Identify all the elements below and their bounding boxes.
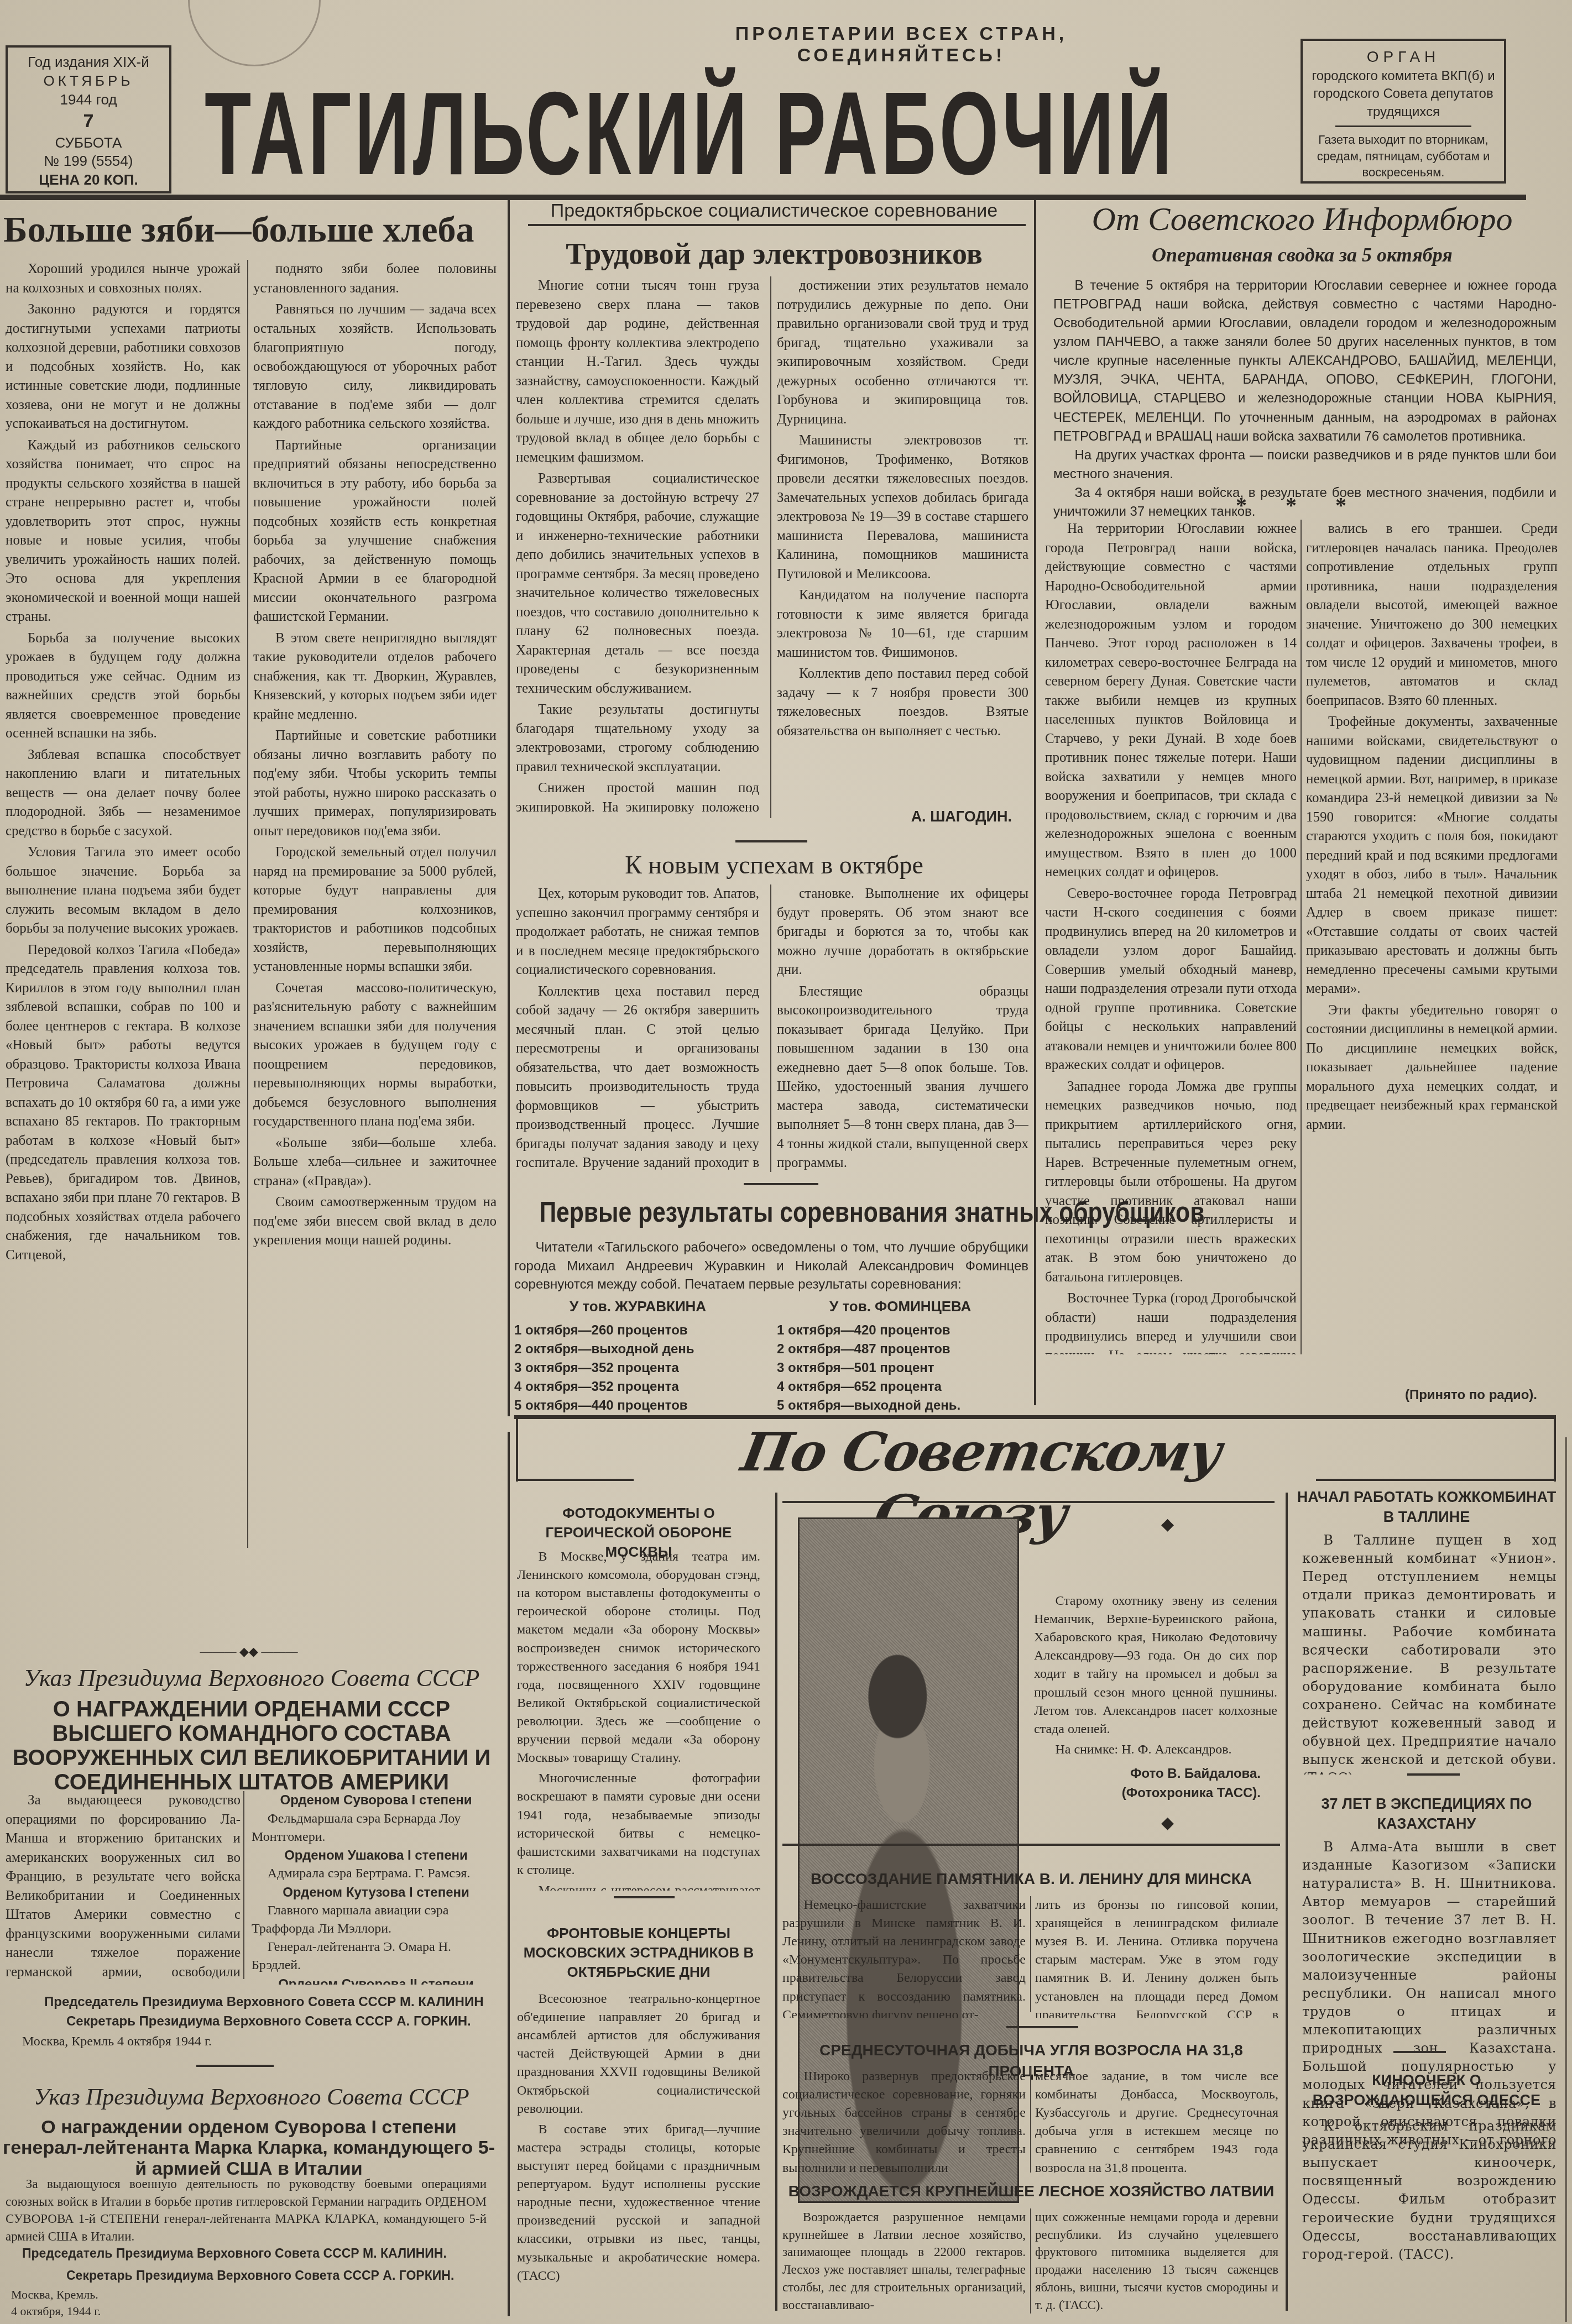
diamond-ornament: ◆ [1161,1515,1174,1534]
competition-kicker: Предоктябрьское социалистическое соревно… [523,200,1026,222]
month: ОКТЯБРЬ [11,72,166,91]
ukaz2-place: Москва, Кремль. [11,2288,98,2302]
library-stamp [188,0,321,66]
article-october-col1: Цех, которым руководит тов. Апатов, успе… [516,884,759,1172]
section-divider [508,1432,510,2316]
divider [1393,2051,1446,2053]
ukaz1-secretary: Секретарь Президиума Верховного Совета С… [66,2012,498,2031]
list-item: 4 октября—352 процента [514,1378,746,1396]
article-electro-col2: достижении этих результатов немало потру… [777,276,1028,785]
divider [1407,1773,1460,1776]
divider [1335,125,1471,127]
article-zyab-col2: поднято зяби более половины установленно… [253,260,497,1559]
list-item: 3 октября—352 процента [514,1359,746,1378]
headline-obrubshchiki: Первые результаты соревнования знатных о… [539,1197,1020,1228]
section-frame [516,1415,518,1482]
headline-electro: Трудовой дар электровозников [517,238,1031,270]
list-item: 5 октября—440 процентов [514,1396,746,1415]
ukaz1-kicker: Указ Президиума Верховного Совета СССР [6,1664,498,1692]
article-lenin-col1: Немецко-фашистские захватчики разрушили … [782,1896,1026,2018]
ukaz1-chairman: Председатель Президиума Верховного Совет… [44,1993,498,2012]
section-rule [518,1479,634,1481]
weekday: СУББОТА [11,134,166,153]
obrubshchiki-intro: Читатели «Тагильского рабочего» осведомл… [514,1238,1028,1294]
divider [744,1183,818,1185]
sovinform-footer: (Принято по радио). [1327,1388,1537,1403]
fomintsev-results: 1 октября—420 процентов 2 октября—487 пр… [777,1321,1009,1415]
price: ЦЕНА 20 КОП. [11,171,166,190]
article-coal-col2: месячное задание, в том числе все комбин… [1035,2067,1278,2173]
ukaz1-awards: Орденом Суворова I степени Фельдмаршала … [252,1791,500,1985]
photo-frame [782,1501,1275,1503]
masthead-organ-box: ОРГАН городского комитета ВКП(б) и город… [1301,39,1506,184]
section-rule [1316,1479,1554,1481]
ukaz2-secretary: Секретарь Президиума Верховного Совета С… [66,2267,498,2284]
column-divider [770,884,771,1172]
column-divider [243,1791,244,1979]
photo-caption: Старому охотнику эвену из селения Неманч… [1034,1592,1277,1761]
headline-sovinform: От Советского Информбюро [1042,200,1562,238]
diamond-ornament: ◆ [1161,1813,1174,1833]
article-odessa: К октябрьским праздникам украинская студ… [1302,2117,1557,2305]
fomintsev-title: У тов. ФОМИНЦЕВА [829,1296,971,1317]
column-divider [1301,520,1302,1354]
section-rule [514,1415,1554,1419]
section-divider [508,200,510,1416]
divider [735,840,807,842]
day-number: 7 [11,109,166,133]
year: 1944 год [11,91,166,109]
article-zyab-col1: Хороший уродился нынче урожай на колхозн… [6,260,241,1559]
ukaz1-headline: О НАГРАЖДЕНИИ ОРДЕНАМИ СССР ВЫСШЕГО КОМА… [0,1697,503,1794]
column-divider [1030,2208,1031,2313]
sovinform-col2: вались в его траншеи. Среди гитлеровцев … [1306,520,1558,1332]
ukaz2-date: 4 октября, 1944 г. [11,2304,101,2318]
column-divider [1030,2067,1031,2173]
article-electro-col1: Многие сотни тысяч тонн груза перевезено… [516,276,759,818]
divider [196,2065,274,2067]
page-edge [1565,1437,1567,2322]
article-concerts: Всесоюзное театрально-концертное об'един… [517,1990,760,2322]
article-photodocs: В Москве, у здания театра им. Ленинского… [517,1548,760,1891]
issue-number: № 199 (5554) [11,152,166,171]
column-divider [770,276,771,818]
masthead-slogan: ПРОЛЕТАРИИ ВСЕХ СТРАН, СОЕДИНЯЙТЕСЬ! [636,23,1167,66]
electro-signature: А. ШАГОДИН. [829,808,1012,825]
divider [1006,2026,1078,2028]
list-item: 2 октября—487 процентов [777,1340,1009,1359]
column-divider [247,260,248,1548]
headline-tallinn: НАЧАЛ РАБОТАТЬ КОЖКОМБИНАТ В ТАЛЛИНЕ [1297,1487,1557,1527]
masthead-date-box: Год издания XIX-й ОКТЯБРЬ 1944 год 7 СУБ… [6,45,171,193]
ukaz1-body: За выдающееся руководство операциями по … [6,1791,241,1979]
photo-agency: (Фотохроника ТАСС). [1051,1786,1261,1801]
divider [782,1844,1280,1846]
divider [528,224,1026,226]
list-item: 2 октября—выходной день [514,1340,746,1359]
sovinform-col1: На территории Югославии южнее города Пет… [1045,520,1297,1354]
masthead-rule [0,195,1526,200]
article-latvia-col2: щих сожженные немцами города и деревни р… [1035,2208,1278,2319]
ukaz2-chairman: Председатель Президиума Верховного Совет… [22,2244,498,2262]
newspaper-page: ПРОЛЕТАРИИ ВСЕХ СТРАН, СОЕДИНЯЙТЕСЬ! Год… [0,0,1572,2324]
section-divider [1034,200,1036,1405]
article-latvia-col1: Возрождается разрушенное немцами крупней… [782,2208,1026,2319]
column-divider [775,1493,777,2311]
article-coal-col1: Широко развернув предоктябрьское социали… [782,2067,1026,2173]
article-tallinn: В Таллине пущен в ход кожевенный комбина… [1302,1531,1557,1775]
ukaz2-body: За выдающуюся военную деятельность по ру… [6,2175,487,2248]
headline-october: К новым успехам в октябре [517,851,1031,880]
photo-credit: Фото В. Байдалова. [1051,1766,1261,1782]
list-item: 5 октября—выходной день. [777,1396,1009,1415]
column-divider [1286,1493,1288,2311]
ornament-divider: ——— ◆◆ ——— [160,1645,337,1659]
sovinform-subhead: Оперативная сводка за 5 октября [1042,243,1562,266]
column-divider [1030,1896,1031,2012]
list-item: 4 октября—652 процента [777,1378,1009,1396]
headline-latvia: ВОЗРОЖДАЕТСЯ КРУПНЕЙШЕЕ ЛЕСНОЕ ХОЗЯЙСТВО… [785,2181,1277,2202]
zhuravkin-results: 1 октября—260 процентов 2 октября—выходн… [514,1321,746,1415]
list-item: 3 октября—501 процент [777,1359,1009,1378]
publication-schedule: Газета выходит по вторникам, средам, пят… [1306,132,1501,181]
headline-lenin: ВОССОЗДАНИЕ ПАМЯТНИКА В. И. ЛЕНИНУ ДЛЯ М… [785,1868,1277,1889]
ukaz2-kicker: Указ Президиума Верховного Совета СССР [6,2084,498,2111]
headline-odessa: КИНООЧЕРК О ВОЗРОЖДАЮЩЕЙСЯ ОДЕССЕ [1297,2070,1557,2111]
headline-concerts: ФРОНТОВЫЕ КОНЦЕРТЫ МОСКОВСКИХ ЭСТРАДНИКО… [517,1924,760,1982]
article-lenin-col2: лить из бронзы по гипсовой копии, хранящ… [1035,1896,1278,2018]
stars-divider: * * * [1216,492,1382,518]
section-frame [1554,1415,1556,1482]
sovinform-summary: В течение 5 октября на территории Югосла… [1053,276,1557,521]
organ-label: ОРГАН [1306,46,1501,67]
ukaz1-place-date: Москва, Кремль 4 октября 1944 г. [22,2034,212,2049]
divider [614,1896,675,1898]
headline-zyab: Больше зяби—больше хлеба [3,210,501,250]
headline-kazakhstan: 37 ЛЕТ В ЭКСПЕДИЦИЯХ ПО КАЗАХСТАНУ [1297,1794,1557,1834]
edition-year: Год издания XIX-й [11,53,166,72]
article-october-col2: становке. Выполнение их офицеры будут пр… [777,884,1028,1172]
ukaz2-headline: О награждении орденом Суворова I степени… [0,2117,498,2179]
list-item: 1 октября—260 процентов [514,1321,746,1340]
organ-text: городского комитета ВКП(б) и городского … [1306,67,1501,121]
list-item: 1 октября—420 процентов [777,1321,1009,1340]
newspaper-title: ТАГИЛЬСКИЙ РАБОЧИЙ [205,75,1175,193]
zhuravkin-title: У тов. ЖУРАВКИНА [570,1296,706,1317]
